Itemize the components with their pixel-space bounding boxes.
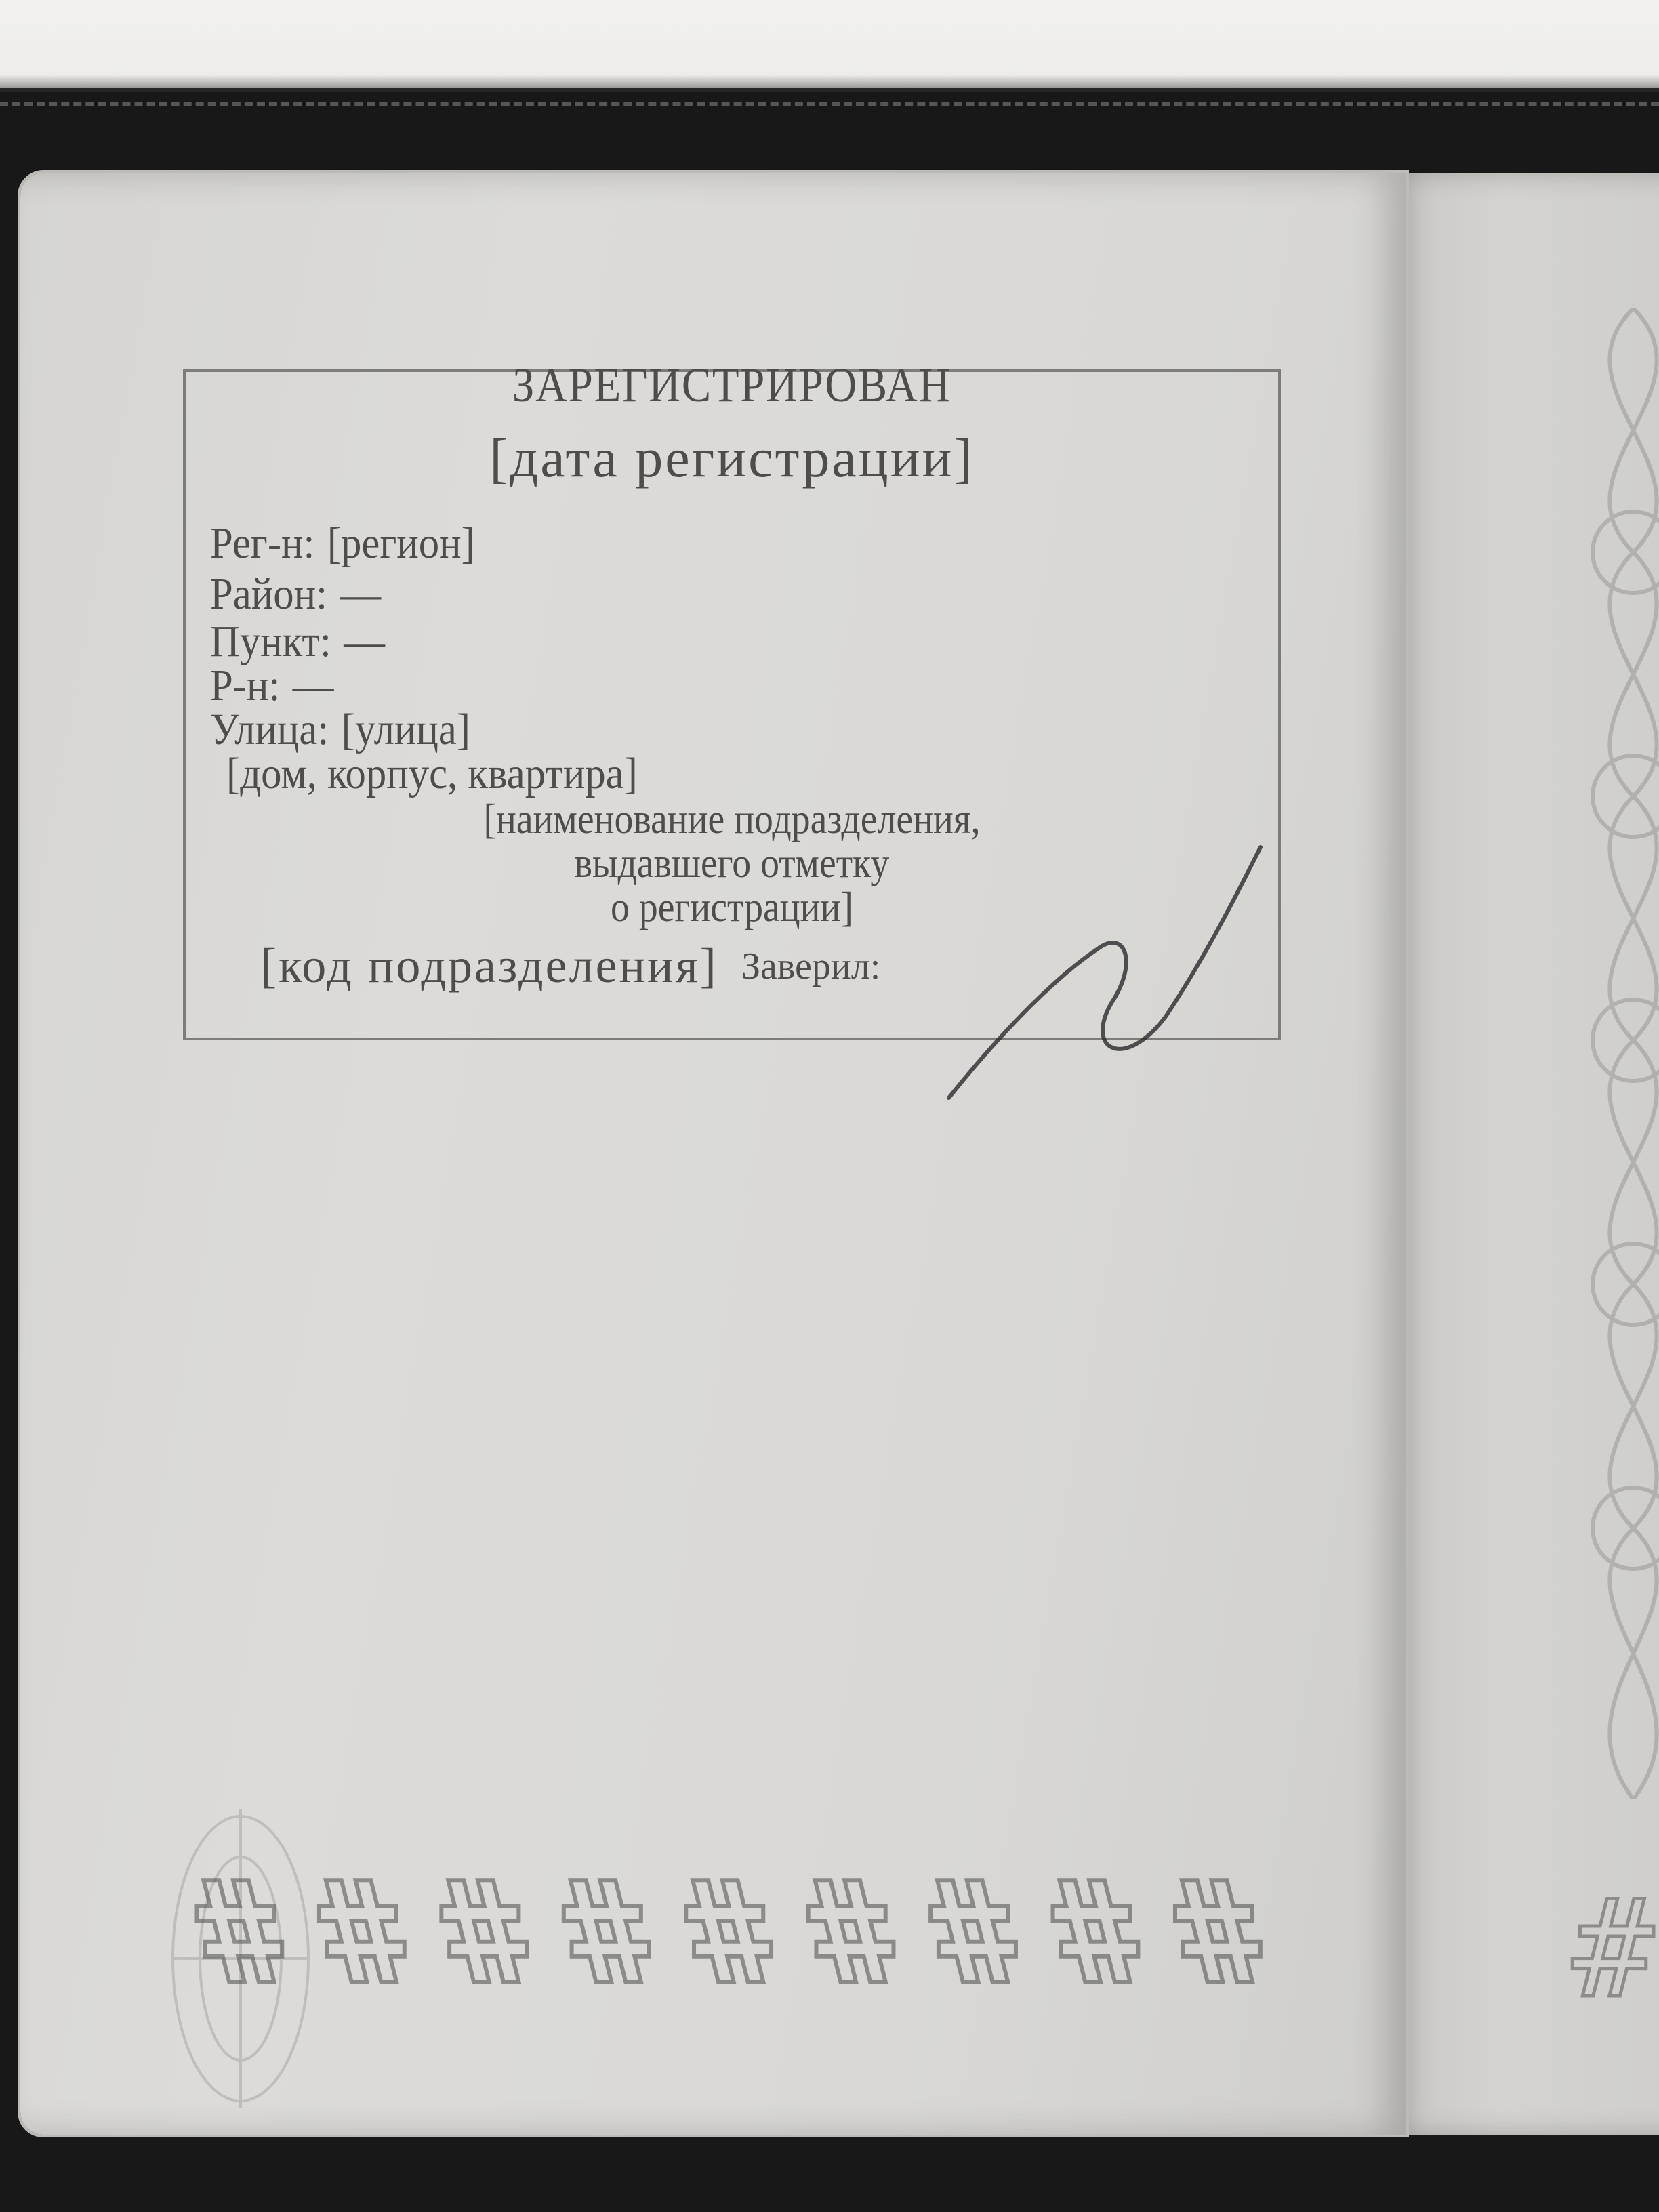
registration-date: [дата регистрации] bbox=[186, 426, 1278, 490]
field-district: Район:— bbox=[210, 569, 381, 620]
signature-placeholder bbox=[922, 827, 1274, 1139]
stamp-title: ЗАРЕГИСТРИРОВАН bbox=[241, 357, 1224, 413]
right-page bbox=[1389, 173, 1659, 2135]
field-region: Рег-н:[регион] bbox=[210, 518, 475, 569]
certified-label: Заверил: bbox=[741, 945, 880, 988]
right-page-serial-fragment: # bbox=[1572, 1870, 1654, 2028]
cover-stitching bbox=[0, 102, 1659, 106]
perforated-serial-number: # # # # # # # # # bbox=[203, 1850, 1261, 2020]
office-code: [код подразделения] bbox=[260, 938, 718, 994]
field-building: [дом, корпус, квартира] bbox=[226, 748, 638, 800]
guilloche-pattern bbox=[1538, 308, 1659, 1799]
